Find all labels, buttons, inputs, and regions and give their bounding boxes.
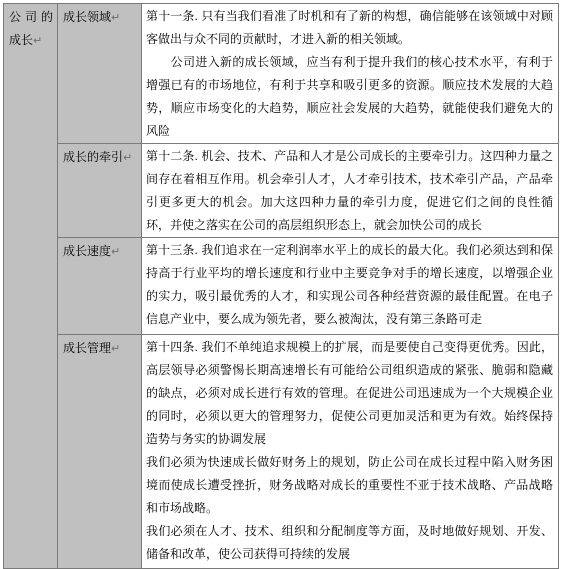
row-group-header-cell: 公司的成长↵ — [4, 4, 58, 569]
row-header-label: 成长领域 — [63, 10, 111, 24]
table-row: 成长速度↵ 第十三条. 我们追求在一定利润率水平上的成长的最大化。我们必须达到和… — [4, 238, 559, 335]
row-content-cell: 第十一条. 只有当我们看准了时机和有了新的构想，确信能够在该领域中对顾客做出与众… — [142, 4, 559, 144]
table-row: 公司的成长↵ 成长领域↵ 第十一条. 只有当我们看准了时机和有了新的构想，确信能… — [4, 4, 559, 144]
row-header-label: 成长的牵引 — [63, 150, 123, 164]
paragraph-return-icon: ↵ — [123, 152, 132, 164]
article-paragraph: 第十四条. 我们不单纯追求规模上的扩展，而是要使自己变得更优秀。因此，高层领导必… — [146, 336, 553, 451]
paragraph-return-icon: ↵ — [111, 246, 120, 258]
paragraph-return-icon: ↵ — [111, 12, 120, 24]
article-paragraph: 第十一条. 只有当我们看准了时机和有了新的构想，确信能够在该领域中对顾客做出与众… — [146, 5, 553, 51]
paragraph-return-icon: ↵ — [111, 343, 120, 355]
growth-table-body: 公司的成长↵ 成长领域↵ 第十一条. 只有当我们看准了时机和有了新的构想，确信能… — [4, 4, 559, 569]
row-header-label: 成长管理 — [63, 341, 111, 355]
row-header-cell: 成长的牵引↵ — [58, 144, 142, 238]
row-content-cell: 第十二条. 机会、技术、产品和人才是公司成长的主要牵引力。这四种力量之间存在着相… — [142, 144, 559, 238]
table-row: 成长的牵引↵ 第十二条. 机会、技术、产品和人才是公司成长的主要牵引力。这四种力… — [4, 144, 559, 238]
row-group-label: 公司的成长 — [9, 10, 53, 47]
row-content-cell: 第十四条. 我们不单纯追求规模上的扩展，而是要使自己变得更优秀。因此，高层领导必… — [142, 335, 559, 569]
article-paragraph: 公司进入新的成长领域，应当有利于提升我们的核心技术水平，有利于增强已有的市场地位… — [146, 51, 553, 143]
article-paragraph: 第十三条. 我们追求在一定利润率水平上的成长的最大化。我们必须达到和保持高于行业… — [146, 239, 553, 331]
row-header-cell: 成长领域↵ — [58, 4, 142, 144]
paragraph-return-icon: ↵ — [33, 35, 42, 47]
article-paragraph: 我们必须在人才、技术、组织和分配制度等方面，及时地做好规划、开发、储备和改革，使… — [146, 520, 553, 566]
row-header-label: 成长速度 — [63, 244, 111, 258]
growth-table: 公司的成长↵ 成长领域↵ 第十一条. 只有当我们看准了时机和有了新的构想，确信能… — [3, 3, 559, 569]
row-content-cell: 第十三条. 我们追求在一定利润率水平上的成长的最大化。我们必须达到和保持高于行业… — [142, 238, 559, 335]
row-header-cell: 成长速度↵ — [58, 238, 142, 335]
article-paragraph: 我们必须为快速成长做好财务上的规划，防止公司在成长过程中陷入财务困境而使成长遭受… — [146, 451, 553, 520]
table-row: 成长管理↵ 第十四条. 我们不单纯追求规模上的扩展，而是要使自己变得更优秀。因此… — [4, 335, 559, 569]
article-paragraph: 第十二条. 机会、技术、产品和人才是公司成长的主要牵引力。这四种力量之间存在着相… — [146, 145, 553, 237]
row-header-cell: 成长管理↵ — [58, 335, 142, 569]
